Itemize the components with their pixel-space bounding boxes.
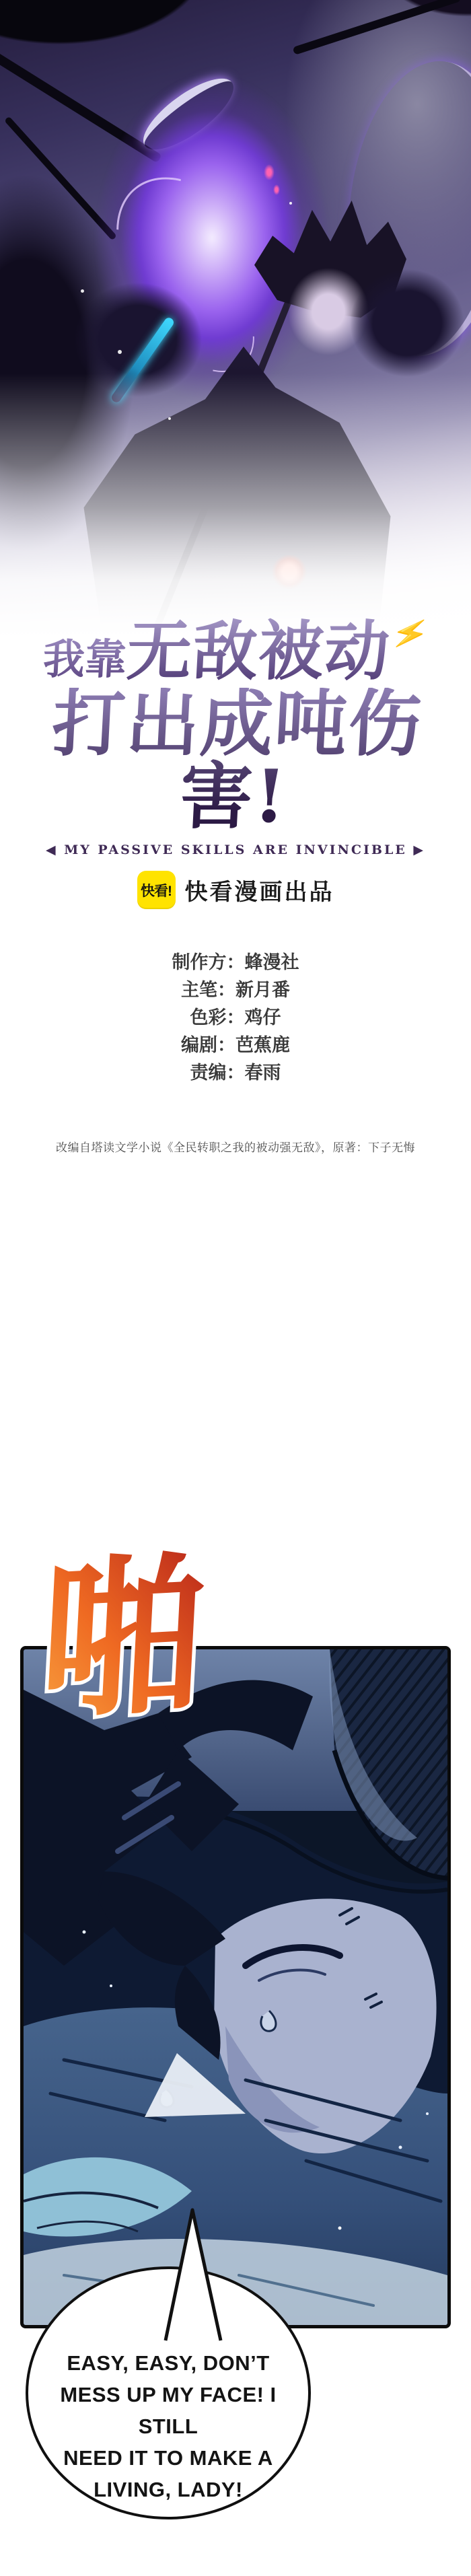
speech-line: NEED IT TO MAKE A [28,2442,308,2474]
sfx-glyph: 啪 [34,1535,214,1740]
cover-illustration [0,0,471,639]
magenta-glow-art [264,164,275,180]
speech-line: MESS UP MY FACE! I STILL [28,2379,308,2442]
armor-pauldron-art [350,269,464,377]
white-fade-overlay [0,373,471,639]
speech-line: EASY, EASY, DON’T [28,2347,308,2379]
credits-list: 制作方：蜂漫社 主笔：新月番 色彩：鸡仔 编剧：芭蕉鹿 责编：春雨 [0,949,471,1087]
title-main: 无敌被动 [125,613,393,689]
credit-line: 编剧：芭蕉鹿 [0,1032,471,1059]
comic-page: { "title": { "line1_prefix": "我靠", "line… [0,0,471,2576]
panel-artwork [24,1649,447,2325]
credit-line: 主笔：新月番 [0,976,471,1004]
sparkle-art [289,202,292,205]
sparkle-art [118,350,122,354]
speech-line: LIVING, LADY! [28,2474,308,2505]
kuaikan-logo-icon: 快看! [137,871,176,909]
slap-sfx-text: 啪 [28,1525,244,1740]
magenta-glow-art [273,184,280,195]
adaptation-note: 改编自塔读文学小说《全民转职之我的被动强无敌》，原著：下子无悔 [0,1138,471,1155]
comic-panel [20,1646,451,2328]
credit-line: 制作方：蜂漫社 [0,949,471,976]
speech-bubble-tail [160,2205,225,2343]
title-prefix: 我靠 [42,635,128,684]
title-line-1: 我靠无敌被动⚡ [0,619,471,684]
credit-line: 责编：春雨 [0,1059,471,1087]
series-title: 我靠无敌被动⚡ 打出成吨伤害! ◀ MY PASSIVE SKILLS ARE … [0,619,471,857]
title-subtitle-en: ◀ MY PASSIVE SKILLS ARE INVINCIBLE ▶ [0,843,471,857]
lightning-icon: ⚡ [388,615,432,653]
publisher-row: 快看! 快看漫画出品 [0,871,471,909]
title-line-2: 打出成吨伤害! [0,688,471,833]
sparkle-art [81,289,84,293]
credit-line: 色彩：鸡仔 [0,1004,471,1032]
publisher-label: 快看漫画出品 [185,873,334,906]
